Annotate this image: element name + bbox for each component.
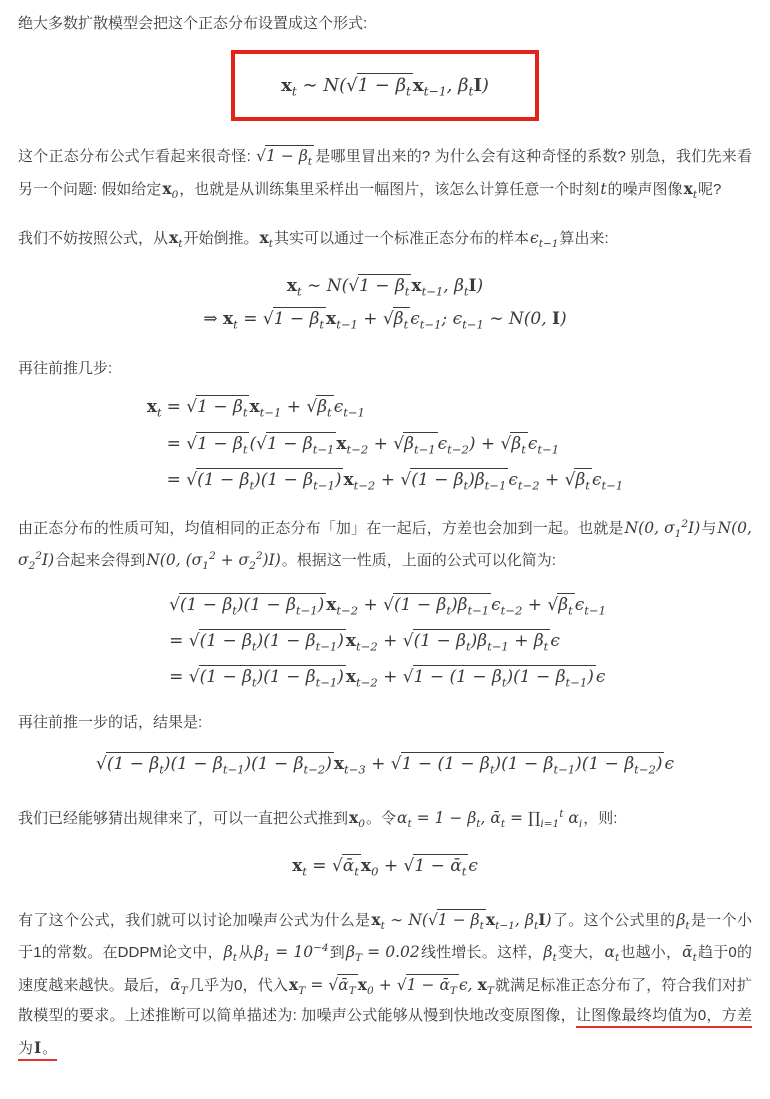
sqrt-radical: √βt bbox=[547, 595, 574, 615]
paragraph-backtrack-intro: 我们不妨按照公式，从xt开始倒推。xt其实可以通过一个标准正态分布的样本ϵt−1… bbox=[18, 222, 752, 255]
subscript: t bbox=[243, 442, 248, 456]
subscript: t bbox=[476, 818, 480, 830]
subscript: t bbox=[552, 952, 556, 964]
subscript: t−3 bbox=[344, 762, 366, 776]
bold-symbol: I bbox=[552, 309, 560, 329]
highlight-box-wrap: xt ∼ N(√1 − βtxt−1, βtI) bbox=[18, 50, 752, 121]
subscript: t−2 bbox=[347, 442, 369, 456]
inline-math: xt bbox=[259, 229, 274, 247]
subscript: T bbox=[355, 952, 362, 964]
formula-closed-form: xt = √ᾱtx0 + √1 − ᾱtϵ bbox=[18, 851, 752, 882]
bold-symbol: x bbox=[292, 856, 302, 876]
subscript: t−1 bbox=[495, 920, 515, 932]
subscript: 1 bbox=[202, 560, 209, 572]
inline-math: xt bbox=[683, 180, 698, 198]
formula-forward-noise-definition: xt ∼ N(√1 − βtxt−1, βtI) bbox=[265, 69, 505, 102]
subscript: t−1 bbox=[485, 478, 507, 492]
radicand: (1 − βt)βt−1 bbox=[393, 593, 491, 616]
sqrt-radical: √1 − βt bbox=[256, 147, 314, 165]
subscript: 0 bbox=[371, 864, 378, 878]
subscript: t bbox=[490, 762, 495, 776]
sqrt-radical: √ᾱT bbox=[328, 976, 357, 994]
subscript: t−1 bbox=[553, 762, 575, 776]
paragraph-conclusion: 有了这个公式，我们就可以讨论加噪声公式为什么是xt ∼ N(√1 − βtxt−… bbox=[18, 904, 752, 1065]
paragraph-gaussian-property: 由正态分布的性质可知，均值相同的正态分布「加」在一起后，方差也会加到一起。也就是… bbox=[18, 513, 752, 577]
subscript: t−2 bbox=[634, 762, 656, 776]
inline-math: N(0, (σ12 + σ22)I) bbox=[145, 551, 282, 569]
sqrt-radical: √1 − βt bbox=[186, 397, 249, 417]
formula-rhs: √(1 − βt)(1 − βt−1)xt−2 + √(1 − βt)βt−1ϵ… bbox=[164, 593, 606, 616]
subscript: t bbox=[243, 406, 248, 420]
subscript: t bbox=[466, 639, 471, 653]
text-run: 。令 bbox=[366, 810, 396, 827]
formula-lhs: xt bbox=[147, 397, 162, 417]
subscript: T bbox=[181, 985, 188, 997]
radicand: βt bbox=[316, 395, 333, 418]
paragraph-push-steps: 再往前推几步: bbox=[18, 357, 752, 381]
subscript: 0 bbox=[358, 818, 365, 830]
inline-math: x0 bbox=[161, 180, 179, 198]
inline-math: β1 = 10−4 bbox=[253, 943, 329, 961]
bold-symbol: x bbox=[169, 228, 178, 247]
subscript: t−1 bbox=[260, 406, 282, 420]
sqrt-radical: √βt bbox=[501, 434, 528, 454]
sqrt-radical: √ᾱt bbox=[332, 856, 361, 876]
sqrt-radical: √1 − βt−1 bbox=[256, 434, 336, 454]
text-run: ，也就是从训练集里采样出一幅图片，该怎么计算任意一个时刻 bbox=[179, 181, 599, 198]
subscript: t−2 bbox=[518, 478, 540, 492]
sqrt-radical: √(1 − βt)(1 − βt−1) bbox=[186, 470, 343, 490]
formula-line: xt ∼ N(√1 − βtxt−1, βtI) bbox=[18, 271, 752, 302]
radicand: 1 − βt bbox=[265, 145, 314, 166]
subscript: t bbox=[308, 156, 312, 168]
bold-symbol: x bbox=[346, 667, 356, 687]
subscript: t bbox=[232, 603, 237, 617]
inline-math: xt bbox=[168, 229, 183, 247]
text-run: 也越小， bbox=[620, 944, 681, 961]
subscript: t bbox=[233, 317, 238, 331]
sqrt-radical: √1 − βt bbox=[346, 75, 413, 96]
sqrt-radical: √(1 − βt)βt−1 + βt bbox=[403, 631, 551, 651]
paragraph-question: 这个正态分布公式乍看起来很奇怪: √1 − βt是哪里冒出来的? 为什么会有这种… bbox=[18, 141, 752, 206]
subscript: t bbox=[462, 864, 467, 878]
radicand: ᾱT bbox=[337, 974, 358, 995]
radicand: (1 − βt)(1 − βt−1) bbox=[196, 468, 343, 491]
subscript: 2 bbox=[249, 560, 256, 572]
inline-math: βt bbox=[223, 943, 238, 961]
subscript: t bbox=[446, 603, 451, 617]
subscript: t−1 bbox=[601, 478, 623, 492]
subscript: t−1 bbox=[223, 762, 245, 776]
aligned-equations: xt = √1 − βtxt−1 + √βtϵt−1 = √1 − βt(√1 … bbox=[147, 395, 623, 491]
sqrt-radical: √(1 − βt)βt−1 bbox=[400, 470, 508, 490]
text-run: 到 bbox=[330, 944, 345, 961]
subscript: t bbox=[585, 478, 590, 492]
inline-math: αt bbox=[603, 943, 620, 961]
inline-math: x0 bbox=[348, 809, 366, 827]
subscript: t−1 bbox=[566, 676, 588, 690]
subscript: t bbox=[615, 952, 619, 964]
bold-symbol: x bbox=[223, 309, 233, 329]
radicand: (1 − βt)(1 − βt−1) bbox=[179, 593, 326, 616]
bold-symbol: x bbox=[287, 276, 297, 296]
sqrt-radical: √(1 − βt)(1 − βt−1) bbox=[189, 631, 346, 651]
bold-symbol: x bbox=[358, 975, 367, 994]
subscript: 0 bbox=[367, 985, 374, 997]
radicand: (1 − βt)(1 − βt−1)(1 − βt−2) bbox=[106, 752, 334, 775]
superscript: −4 bbox=[313, 942, 329, 954]
formula-line: √(1 − βt)(1 − βt−1)(1 − βt−2)xt−3 + √1 −… bbox=[18, 749, 752, 780]
subscript: t−1 bbox=[537, 442, 559, 456]
paragraph-one-more-step: 再往前推一步的话，结果是: bbox=[18, 711, 752, 735]
subscript: t−1 bbox=[313, 478, 335, 492]
text-run: 有了这个公式，我们就可以讨论加噪声公式为什么是 bbox=[18, 912, 370, 929]
bold-symbol: x bbox=[486, 910, 495, 929]
subscript: t bbox=[405, 284, 410, 298]
subscript: t bbox=[327, 406, 332, 420]
subscript: t bbox=[269, 238, 273, 250]
subscript: t−1 bbox=[420, 317, 442, 331]
text-run: 从 bbox=[238, 944, 253, 961]
subscript: t bbox=[521, 442, 526, 456]
formula-simplify: √(1 − βt)(1 − βt−1)xt−2 + √(1 − βt)βt−1ϵ… bbox=[18, 593, 752, 689]
text-run: 与 bbox=[701, 520, 716, 537]
subscript: t bbox=[233, 952, 237, 964]
subscript: t−2 bbox=[447, 442, 469, 456]
bold-symbol: x bbox=[684, 179, 693, 198]
superscript: 2 bbox=[209, 550, 216, 562]
bold-symbol: x bbox=[343, 470, 353, 490]
radicand: 1 − βt bbox=[196, 395, 249, 418]
subscript: 1 bbox=[263, 952, 270, 964]
bold-symbol: x bbox=[361, 856, 371, 876]
radicand: 1 − βt bbox=[437, 909, 486, 930]
radicand: 1 − ᾱT bbox=[406, 974, 459, 995]
formula-rhs: = √1 − βt(√1 − βt−1xt−2 + √βt−1ϵt−2) + √… bbox=[162, 432, 624, 455]
subscript: 0 bbox=[172, 189, 179, 201]
sqrt-radical: √1 − (1 − βt)(1 − βt−1) bbox=[403, 667, 596, 687]
bold-symbol: x bbox=[249, 397, 259, 417]
radicand: βt−1 bbox=[403, 432, 438, 455]
inline-math: ᾱT bbox=[169, 976, 189, 994]
subscript: t bbox=[297, 284, 302, 298]
subscript: t bbox=[252, 676, 257, 690]
radicand: 1 − ᾱt bbox=[413, 854, 468, 877]
sqrt-radical: √1 − βt bbox=[428, 911, 486, 929]
sqrt-radical: √1 − ᾱt bbox=[403, 856, 468, 876]
formula-rhs: = √(1 − βt)(1 − βt−1)xt−2 + √1 − (1 − βt… bbox=[164, 665, 606, 688]
text-run: 变大， bbox=[558, 944, 604, 961]
formula-rhs: = √(1 − βt)(1 − βt−1)xt−2 + √(1 − βt)βt−… bbox=[164, 629, 606, 652]
subscript: t bbox=[685, 920, 689, 932]
sqrt-radical: √(1 − βt)βt−1 bbox=[383, 595, 491, 615]
text-run-red-underlined: 。 bbox=[42, 1040, 57, 1061]
subscript: t−2 bbox=[354, 478, 376, 492]
radicand: (1 − βt)(1 − βt−1) bbox=[199, 629, 346, 652]
highlight-box: xt ∼ N(√1 − βtxt−1, βtI) bbox=[231, 50, 539, 121]
inline-math: βt bbox=[675, 911, 690, 929]
sqrt-radical: √βt bbox=[565, 470, 592, 490]
sqrt-radical: √βt−1 bbox=[393, 434, 437, 454]
sqrt-radical: √1 − ᾱT bbox=[397, 976, 459, 994]
text-run: 的噪声图像 bbox=[608, 181, 683, 198]
formula-three-step-result: √(1 − βt)(1 − βt−1)(1 − βt−2)xt−3 + √1 −… bbox=[18, 749, 752, 780]
radicand: 1 − (1 − βt)(1 − βt−1) bbox=[413, 665, 596, 688]
inline-math: ᾱt bbox=[681, 943, 698, 961]
bold-symbol: x bbox=[326, 595, 336, 615]
subscript: t−1 bbox=[343, 406, 365, 420]
formula-expand-two-steps: xt = √1 − βtxt−1 + √βtϵt−1 = √1 − βt(√1 … bbox=[18, 395, 752, 491]
radicand: (1 − βt)βt−1 bbox=[410, 468, 508, 491]
radicand: 1 − (1 − βt)(1 − βt−1)(1 − βt−2) bbox=[401, 752, 665, 775]
bold-symbol: x bbox=[281, 75, 292, 96]
sqrt-radical: √1 − βt bbox=[263, 309, 326, 329]
radicand: 1 − βt bbox=[358, 274, 411, 297]
subscript: t bbox=[406, 85, 411, 99]
inline-math: N(0, σ12I) bbox=[624, 519, 702, 537]
sqrt-radical: √βt bbox=[306, 397, 333, 417]
text-run: 线性增长。这样， bbox=[421, 944, 543, 961]
subscript: t bbox=[407, 818, 411, 830]
subscript: 1 bbox=[675, 528, 682, 540]
subscript: t−1 bbox=[467, 603, 489, 617]
subscript: t−1 bbox=[316, 639, 338, 653]
subscript: t−2 bbox=[304, 762, 326, 776]
bold-symbol: x bbox=[346, 631, 356, 651]
bold-symbol: x bbox=[289, 975, 298, 994]
bold-symbol: x bbox=[371, 910, 380, 929]
text-run: 开始倒推。 bbox=[184, 230, 259, 247]
subscript: t bbox=[319, 317, 324, 331]
radicand: βt bbox=[574, 468, 591, 491]
subscript: T bbox=[487, 985, 494, 997]
subscript: t bbox=[464, 478, 469, 492]
subscript: t bbox=[252, 639, 257, 653]
subscript: t bbox=[404, 317, 409, 331]
bold-symbol: x bbox=[336, 434, 346, 454]
text-run: 由正态分布的性质可知，均值相同的正态分布「加」在一起后，方差也会加到一起。也就是 bbox=[18, 520, 624, 537]
subscript: t−1 bbox=[462, 317, 484, 331]
aligned-equations: √(1 − βt)(1 − βt−1)xt−2 + √(1 − βt)βt−1ϵ… bbox=[164, 593, 606, 689]
bold-symbol: x bbox=[334, 754, 344, 774]
radicand: βt bbox=[393, 307, 410, 330]
text-run: 我们已经能够猜出规律来了，可以一直把公式推到 bbox=[18, 810, 348, 827]
subscript: t bbox=[693, 952, 697, 964]
text-run: 其实可以通过一个标准正态分布的样本 bbox=[274, 230, 529, 247]
superscript: t bbox=[559, 808, 563, 820]
paragraph-intro: 绝大多数扩散模型会把这个正态分布设置成这个形式: bbox=[18, 12, 752, 36]
subscript: t−2 bbox=[501, 603, 523, 617]
bold-symbol: x bbox=[147, 397, 157, 417]
sqrt-radical: √(1 − βt)(1 − βt−1) bbox=[169, 595, 326, 615]
bold-symbol: x bbox=[349, 808, 358, 827]
sqrt-radical: √1 − (1 − βt)(1 − βt−1)(1 − βt−2) bbox=[391, 754, 665, 774]
text-run: 合起来会得到 bbox=[55, 552, 145, 569]
radicand: (1 − βt)βt−1 + βt bbox=[413, 629, 551, 652]
subscript: t−2 bbox=[356, 639, 378, 653]
text-run: 。根据这一性质，上面的公式可以化简为: bbox=[282, 552, 556, 569]
radicand: (1 − βt)(1 − βt−1) bbox=[199, 665, 346, 688]
paragraph-pattern: 我们已经能够猜出规律来了，可以一直把公式推到x0。令αt = 1 − βt, ᾱ… bbox=[18, 802, 752, 835]
radicand: 1 − βt bbox=[357, 73, 413, 98]
subscript: t−1 bbox=[422, 284, 444, 298]
formula-rhs: = √1 − βtxt−1 + √βtϵt−1 bbox=[162, 395, 624, 418]
subscript: t−1 bbox=[584, 603, 606, 617]
radicand: 1 − βt−1 bbox=[266, 432, 336, 455]
subscript: t bbox=[568, 603, 573, 617]
bold-symbol: I bbox=[469, 276, 477, 296]
inline-math: t bbox=[599, 180, 607, 198]
bold-symbol: x bbox=[326, 309, 336, 329]
subscript: t bbox=[354, 864, 359, 878]
text-run: 算出来: bbox=[559, 230, 608, 247]
text-run: ，则: bbox=[583, 810, 617, 827]
superscript: 2 bbox=[256, 550, 263, 562]
superscript: 2 bbox=[35, 550, 42, 562]
inline-math: βT = 0.02 bbox=[345, 943, 421, 961]
inline-math: √1 − βt bbox=[255, 147, 315, 165]
formula-rhs: = √(1 − βt)(1 − βt−1)xt−2 + √(1 − βt)βt−… bbox=[162, 468, 624, 491]
subscript: t−1 bbox=[539, 238, 559, 250]
radicand: 1 − βt bbox=[273, 307, 326, 330]
bold-symbol: I bbox=[473, 75, 481, 96]
subscript: t−1 bbox=[296, 603, 318, 617]
inline-math: βt bbox=[543, 943, 558, 961]
subscript: t−1 bbox=[316, 676, 338, 690]
subscript: t bbox=[381, 920, 385, 932]
text-run: 呢? bbox=[698, 181, 721, 198]
radicand: ᾱt bbox=[342, 854, 361, 877]
sqrt-radical: √βt bbox=[383, 309, 410, 329]
subscript: t−1 bbox=[313, 442, 335, 456]
subscript: i bbox=[579, 818, 582, 830]
sqrt-radical: √1 − βt bbox=[348, 276, 411, 296]
superscript: 2 bbox=[681, 518, 688, 530]
bold-symbol: x bbox=[162, 179, 171, 198]
bold-symbol: I bbox=[34, 1038, 41, 1057]
subscript: t bbox=[501, 818, 505, 830]
subscript: t−2 bbox=[356, 676, 378, 690]
subscript: t bbox=[502, 676, 507, 690]
inline-math: αt = 1 − βt, ᾱt = ∏i=1t αi bbox=[396, 809, 583, 827]
bold-symbol: x bbox=[260, 228, 269, 247]
inline-math-red-underlined: I bbox=[33, 1039, 42, 1061]
subscript: i=1 bbox=[540, 818, 559, 830]
subscript: T bbox=[349, 985, 356, 997]
formula-sample-derivation: xt ∼ N(√1 − βtxt−1, βtI) ⇒ xt = √1 − βtx… bbox=[18, 271, 752, 336]
sqrt-radical: √1 − βt bbox=[186, 434, 249, 454]
bold-symbol: x bbox=[413, 75, 424, 96]
subscript: t bbox=[249, 478, 254, 492]
subscript: t bbox=[178, 238, 182, 250]
subscript: T bbox=[298, 985, 305, 997]
subscript: t bbox=[480, 920, 484, 932]
subscript: t bbox=[544, 639, 549, 653]
radicand: βt bbox=[557, 593, 574, 616]
text-run: 了。这个公式里的 bbox=[553, 912, 676, 929]
subscript: t−2 bbox=[336, 603, 358, 617]
subscript: t−1 bbox=[487, 639, 509, 653]
subscript: t bbox=[693, 189, 697, 201]
formula-line: ⇒ xt = √1 − βtxt−1 + √βtϵt−1; ϵt−1 ∼ N(0… bbox=[18, 304, 752, 335]
inline-math: ϵt−1 bbox=[529, 229, 559, 247]
article-page: 绝大多数扩散模型会把这个正态分布设置成这个形式: xt ∼ N(√1 − βtx… bbox=[0, 0, 770, 1099]
bold-symbol: x bbox=[411, 276, 421, 296]
subscript: t bbox=[292, 85, 297, 99]
inline-math: xt ∼ N(√1 − βtxt−1, βtI) bbox=[370, 911, 552, 929]
subscript: t−1 bbox=[414, 442, 436, 456]
formula-line: xt = √ᾱtx0 + √1 − ᾱtϵ bbox=[18, 851, 752, 882]
radicand: βt bbox=[510, 432, 527, 455]
bold-symbol: x bbox=[478, 975, 487, 994]
text-run: 这个正态分布公式乍看起来很奇怪: bbox=[18, 148, 255, 165]
subscript: t bbox=[302, 864, 307, 878]
inline-math: xT = √ᾱTx0 + √1 − ᾱTϵ, xT bbox=[288, 976, 495, 994]
bold-symbol: I bbox=[538, 910, 545, 929]
sqrt-radical: √(1 − βt)(1 − βt−1) bbox=[189, 667, 346, 687]
text-run: 几乎为0，代入 bbox=[189, 977, 288, 994]
subscript: t bbox=[159, 762, 164, 776]
sqrt-radical: √(1 − βt)(1 − βt−1)(1 − βt−2) bbox=[96, 754, 334, 774]
radicand: 1 − βt bbox=[196, 432, 249, 455]
text-run: 我们不妨按照公式，从 bbox=[18, 230, 168, 247]
subscript: t−1 bbox=[336, 317, 358, 331]
subscript: t−1 bbox=[424, 85, 447, 99]
subscript: T bbox=[450, 985, 457, 997]
